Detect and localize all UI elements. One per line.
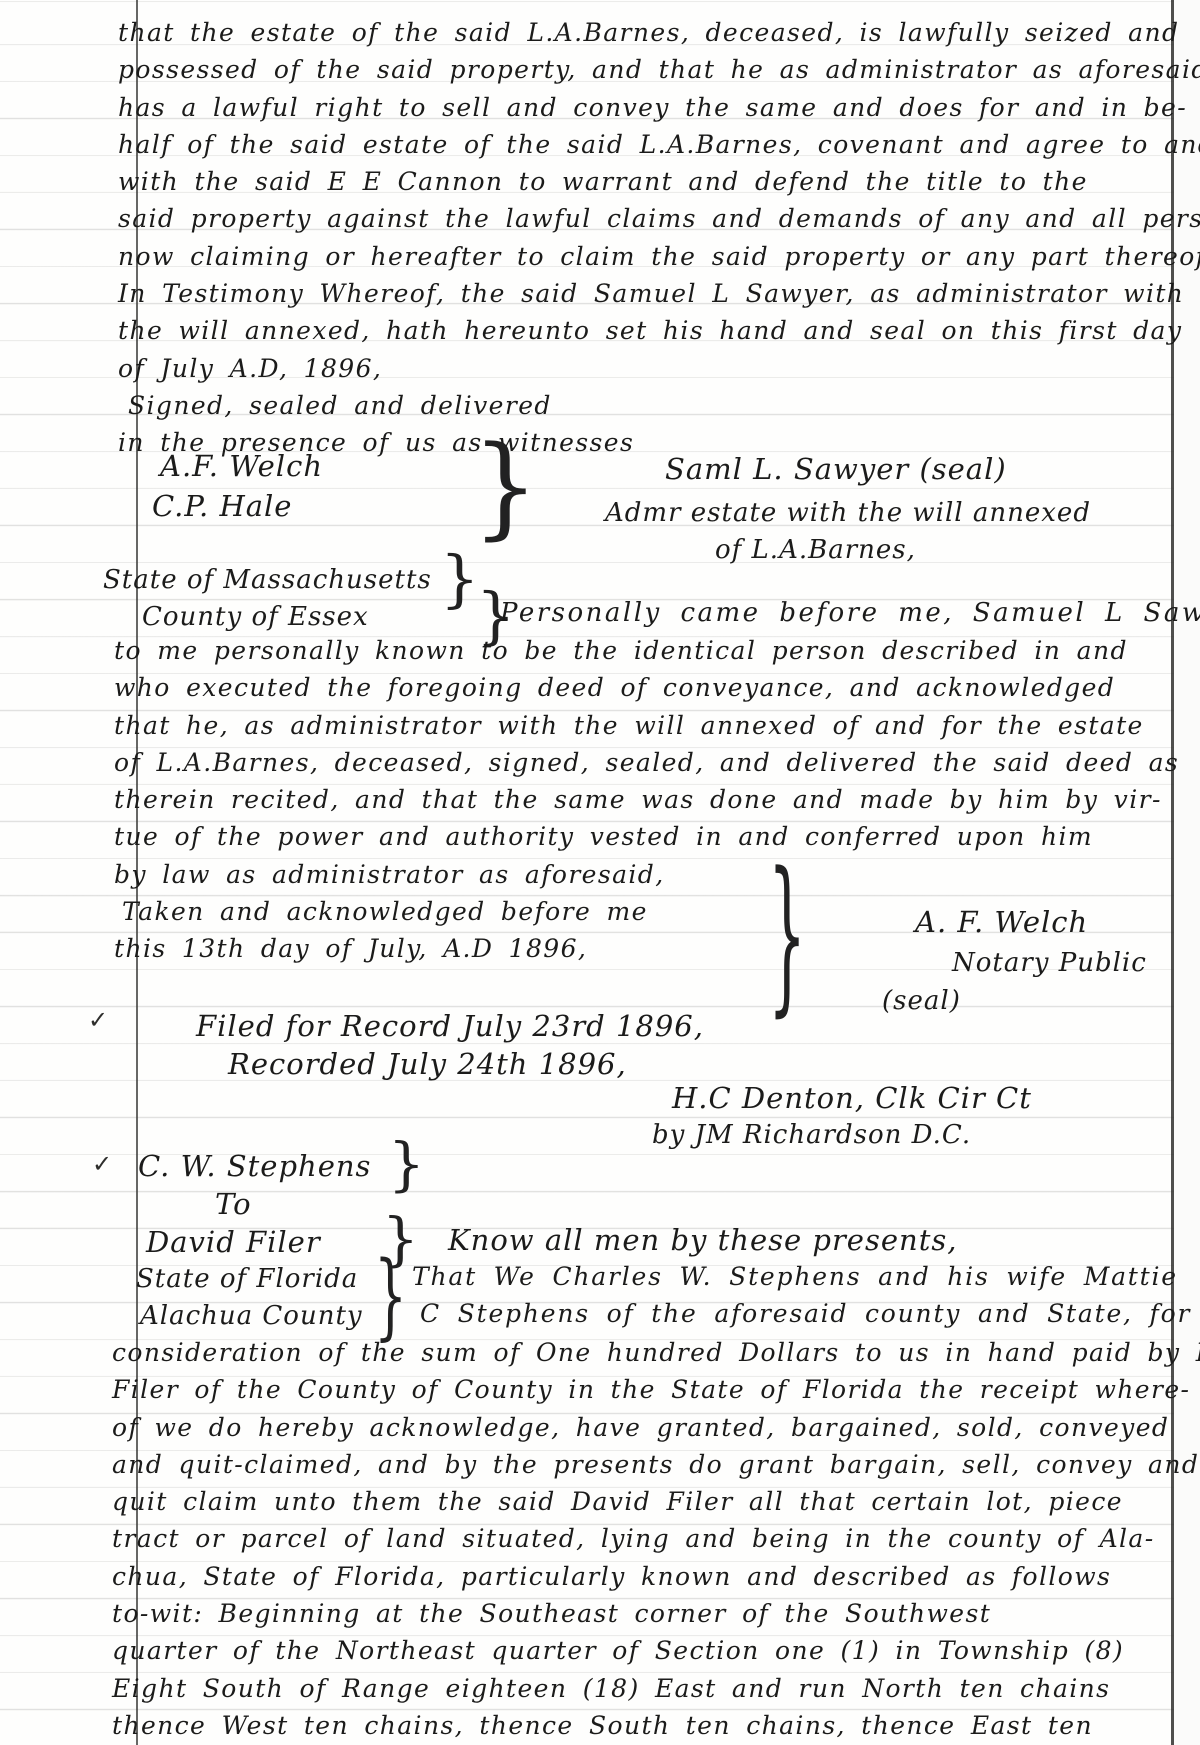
deed1-body: that the estate of the said L.A.Barnes, … bbox=[118, 20, 1200, 468]
recorded-date: Recorded July 24th 1896, bbox=[228, 1050, 627, 1079]
deed1-body-line: half of the said estate of the said L.A.… bbox=[118, 132, 1200, 169]
witness-signature-hale: C.P. Hale bbox=[152, 492, 292, 521]
witness-brace: } bbox=[472, 432, 539, 542]
margin-checkmark: ✓ bbox=[88, 1006, 108, 1034]
ack-body-line: of L.A.Barnes, deceased, signed, sealed,… bbox=[114, 750, 1179, 787]
witness-signature-welch: A.F. Welch bbox=[160, 452, 323, 481]
deed2-body-line: tract or parcel of land situated, lying … bbox=[112, 1526, 1200, 1563]
ack-body-line: therein recited, and that the same was d… bbox=[114, 787, 1179, 824]
deed2-body-line: Filer of the County of County in the Sta… bbox=[112, 1377, 1200, 1414]
ack-body-line: by law as administrator as aforesaid, bbox=[114, 862, 1179, 899]
deed1-body-line: now claiming or hereafter to claim the s… bbox=[118, 244, 1200, 281]
ack-body-line: tue of the power and authority vested in… bbox=[114, 824, 1179, 861]
deed2-body-line: quit claim unto them the said David File… bbox=[112, 1489, 1200, 1526]
deed2-opening-line: C Stephens of the aforesaid county and S… bbox=[420, 1301, 1200, 1326]
deed2-body-line: of we do hereby acknowledge, have grante… bbox=[112, 1415, 1200, 1452]
deed1-body-line: that the estate of the said L.A.Barnes, … bbox=[118, 20, 1200, 57]
deed2-opening: Know all men by these presents, bbox=[448, 1226, 957, 1255]
deed2-to: To bbox=[215, 1190, 252, 1219]
grantor-capacity: of L.A.Barnes, bbox=[715, 537, 916, 563]
deed2-body-line: and quit-claimed, and by the presents do… bbox=[112, 1452, 1200, 1489]
scanned-deed-record-page: that the estate of the said L.A.Barnes, … bbox=[0, 0, 1200, 1745]
deed1-body-line: said property against the lawful claims … bbox=[118, 206, 1200, 243]
deed2-county: Alachua County bbox=[140, 1303, 363, 1329]
ack-body-line: to me personally known to be the identic… bbox=[114, 638, 1179, 675]
ack-body-line: who executed the foregoing deed of conve… bbox=[114, 675, 1179, 712]
filed-for-record: Filed for Record July 23rd 1896, bbox=[196, 1012, 704, 1041]
deed1-body-line: the will annexed, hath hereunto set his … bbox=[118, 318, 1200, 355]
deed2-body-line: chua, State of Florida, particularly kno… bbox=[112, 1564, 1200, 1601]
clerk-signature: H.C Denton, Clk Cir Ct bbox=[672, 1084, 1032, 1113]
notary-seal: (seal) bbox=[882, 988, 961, 1014]
ack-body-line: that he, as administrator with the will … bbox=[114, 713, 1179, 750]
deputy-clerk-signature: by JM Richardson D.C. bbox=[652, 1122, 971, 1148]
deed2-body-line: consideration of the sum of One hundred … bbox=[112, 1340, 1200, 1377]
grantor-signature: Saml L. Sawyer (seal) bbox=[665, 455, 1007, 484]
ack-state-brace: } bbox=[440, 548, 479, 610]
deed2-venue-brace: } bbox=[374, 1250, 407, 1344]
deed2-body-line: Eight South of Range eighteen (18) East … bbox=[112, 1676, 1200, 1713]
deed1-body-line: possessed of the said property, and that… bbox=[118, 57, 1200, 94]
margin-checkmark: ✓ bbox=[92, 1150, 112, 1178]
grantor-capacity: Admr estate with the will annexed bbox=[605, 500, 1091, 526]
deed2-grantor-brace: } bbox=[388, 1135, 425, 1193]
deed2-grantee: David Filer bbox=[146, 1228, 321, 1257]
deed2-body-line: quarter of the Northeast quarter of Sect… bbox=[112, 1638, 1200, 1675]
deed1-body-line: has a lawful right to sell and convey th… bbox=[118, 95, 1200, 132]
deed1-body-line: In Testimony Whereof, the said Samuel L … bbox=[118, 281, 1200, 318]
notary-signature: A. F. Welch bbox=[915, 908, 1088, 937]
ack-opening: Personally came before me, Samuel L Sawy… bbox=[500, 600, 1200, 626]
notary-title: Notary Public bbox=[952, 950, 1147, 976]
ack-county: County of Essex bbox=[142, 604, 369, 630]
deed1-attestation-line: Signed, sealed and delivered bbox=[118, 393, 1200, 430]
deed1-body-line: of July A.D, 1896, bbox=[118, 356, 1200, 393]
deed2-body-line: thence West ten chains, thence South ten… bbox=[112, 1713, 1200, 1745]
ack-state: State of Massachusetts bbox=[103, 567, 432, 593]
deed1-body-line: with the said E E Cannon to warrant and … bbox=[118, 169, 1200, 206]
deed2-opening-line: That We Charles W. Stephens and his wife… bbox=[412, 1264, 1178, 1289]
deed2-body-line: to-wit: Beginning at the Southeast corne… bbox=[112, 1601, 1200, 1638]
deed2-grantor: C. W. Stephens bbox=[138, 1152, 371, 1181]
deed2-body: consideration of the sum of One hundred … bbox=[112, 1340, 1200, 1745]
deed2-state: State of Florida bbox=[136, 1266, 358, 1292]
notary-brace: } bbox=[768, 852, 806, 1020]
